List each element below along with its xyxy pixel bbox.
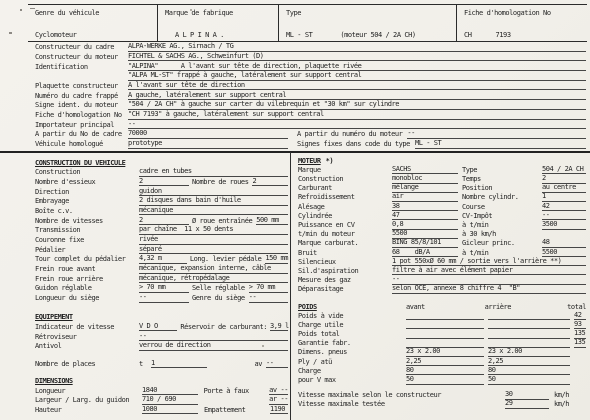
field-label: Hauteur [35, 406, 142, 415]
form-row: Vitesse maximale testée29km/h [298, 400, 586, 409]
field-value: 1 [542, 192, 586, 202]
field-label: Mesure des gaz [298, 276, 392, 285]
field-label: Transmission [35, 226, 139, 235]
field-label: Empattement [198, 406, 270, 415]
weight-front-value: 23 x 2.00 [406, 347, 484, 357]
field-label: Vitesse maximale testée [298, 400, 505, 409]
field-value: 47 [392, 211, 458, 221]
genre-value: Cyclomoteur [35, 31, 150, 40]
field-label: Signes fixes dans code du type [288, 140, 415, 149]
field-label: Embrayage [35, 197, 139, 206]
form-row: Frein roue avantmécanique, expansion int… [35, 264, 288, 274]
field-value: 504 / 2A CH [542, 165, 586, 175]
seats-total-prefix: t [139, 360, 151, 369]
form-row: Boîte c.v.mécanique [35, 206, 288, 216]
form-row: Hauteur1080Empattement1190 [35, 405, 288, 415]
field-label: Réservoir de carburant: [177, 323, 270, 332]
field-value: A gauche, latéralement sur support centr… [128, 91, 586, 101]
fiche-number: 7193 [496, 31, 511, 40]
form-row: Poids total135 [298, 329, 586, 338]
field-label: Couronne fixe [35, 236, 139, 245]
weights-col-rear: arrière [485, 303, 564, 312]
field-value: -- [542, 211, 586, 221]
field-value: selon OCE, annexe 8 chiffre 4 "B" [392, 284, 586, 294]
header-cell-genre: Genre du véhicule Cyclomoteur [28, 5, 157, 41]
field-value: 1080 [142, 405, 198, 415]
field-value: mécanique, expansion interne, câble [139, 264, 288, 274]
form-row: Nombre d'essieux2Nombre de roues2 [35, 177, 288, 187]
field-value: -- [266, 359, 288, 369]
field-label: Type [458, 166, 542, 175]
form-row: Rétroviseur-- [35, 331, 288, 341]
field-label: Importateur principal [35, 121, 128, 130]
field-label: Guidon réglable [35, 284, 139, 293]
field-value: monobloc [392, 174, 458, 184]
field-value: ML - ST [415, 139, 586, 149]
field-value: "ALPA ML-ST" frappé à gauche, latéraleme… [128, 71, 586, 81]
form-row: Nombre de vitesses2Ø roue entraînée500 m… [35, 215, 288, 225]
field-label: Longueur [35, 387, 142, 396]
max-speed-rows: Vitesse maximale selon le constructeur30… [298, 391, 586, 409]
field-label: Antivol [35, 342, 139, 351]
scanned-homologation-form: { "header": { "genre_label": "Genre du v… [0, 0, 590, 420]
weight-front-value: 50 [406, 375, 484, 385]
form-row: Identification"ALPINA" A l'avant sur têt… [35, 61, 586, 71]
form-row: Embrayage2 disques dans bain d'huile [35, 196, 288, 206]
form-row: CarburantmélangePositionau centre [298, 184, 586, 193]
form-row: MarqueSACHSType504 / 2A CH [298, 165, 586, 174]
vehicle-construction-column: CONSTRUCTION DU VEHICULE Constructioncad… [35, 156, 288, 414]
engine-title-footnote: *) [321, 157, 334, 166]
field-value: > 70 mm [249, 283, 288, 293]
form-row: Indicateur de vitesseV D ORéservoir de c… [35, 322, 288, 332]
weight-front-value: 2,25 [406, 357, 484, 367]
field-label: Silencieux [298, 258, 392, 267]
field-value: 38 [392, 202, 458, 212]
field-value: rivée [139, 235, 288, 245]
field-value: 4,32 m [139, 254, 187, 264]
form-row: Constructeur du cadreALPA-WERKE AG., Sir… [35, 42, 586, 52]
field-label: Charge [298, 367, 406, 376]
speed-value: 30 [505, 390, 549, 400]
field-value: 3500 [542, 220, 586, 230]
field-label: Gicleur princ. [458, 239, 542, 248]
weight-rear-value: 80 [488, 366, 570, 376]
field-label: Boîte c.v. [35, 207, 139, 216]
field-label: Rétroviseur [35, 333, 139, 342]
field-label: Pédalier [35, 246, 139, 255]
field-value: 500 mm [256, 216, 288, 226]
marque-label: Marque de fabrique [165, 9, 271, 18]
field-value: mécanique, rétropédalage [139, 274, 288, 284]
form-row: Frein roue arrièremécanique, rétropédala… [35, 274, 288, 284]
field-label: Carburant [298, 184, 392, 193]
form-row: A partir du No de cadre70000A partir du … [35, 129, 586, 139]
field-value: > 70 mm [139, 283, 189, 293]
field-value: 2 [252, 177, 288, 187]
weights-rows: Poids à vide42Charge utile93Poids total1… [298, 311, 586, 385]
field-label: Vitesse maximale selon le constructeur [298, 391, 505, 400]
weight-rear-value: 2,25 [488, 357, 570, 367]
field-value: -- [392, 275, 586, 285]
form-row: Mesure des gaz-- [298, 275, 586, 284]
engine-column: MOTEUR *) MarqueSACHSType504 / 2A CHCons… [298, 156, 586, 409]
form-row: Silencieux1 pot 550xØ 60 mm / sortie ver… [298, 257, 586, 266]
speed-unit: km/h [549, 400, 586, 409]
form-row: Garantie fabr.135 [298, 339, 586, 348]
field-label: Marque carburat. [298, 239, 392, 248]
field-label: Construction [298, 175, 392, 184]
field-value: par chaîne 11 x 50 dents [139, 225, 288, 235]
scan-speck [9, 32, 12, 34]
field-label: Cylindrée [298, 212, 392, 221]
field-label: Nombre de places [35, 360, 139, 369]
form-row: Plaquette constructeurA l'avant sur tête… [35, 81, 586, 91]
form-row: Signe ident. du moteur"504 / 2A CH" à ga… [35, 100, 586, 110]
weight-total-value: 42 [574, 311, 586, 321]
dimensions-title-row: DIMENSIONS [35, 374, 288, 385]
field-value: -- [407, 129, 586, 139]
equipment-title: EQUIPEMENT [35, 313, 73, 322]
form-row: Puissance en CV0,8à t/min3500 [298, 220, 586, 229]
form-row: t/min du moteur5500à 30 km/h [298, 230, 586, 239]
field-label: Refroidissement [298, 193, 392, 202]
form-row: Charge8080 [298, 366, 586, 375]
speed-unit: km/h [549, 391, 586, 400]
field-value: 68 dB/A [392, 248, 458, 258]
field-label: Constructeur du moteur [35, 53, 128, 62]
field-label: Poids à vide [298, 312, 406, 321]
field-value: 2 [139, 216, 189, 226]
form-row: Poids à vide42 [298, 311, 586, 320]
field-value: guidon [139, 187, 288, 197]
form-row: RefroidissementairNombre cylindr.1 [298, 193, 586, 202]
field-value: 150 mm [265, 254, 288, 264]
field-label: Tour complet du pédalier [35, 255, 139, 264]
field-label: Nombre cylindr. [458, 193, 542, 202]
field-label: Frein roue avant [35, 265, 139, 274]
weight-rear-value [488, 319, 570, 320]
form-row: Constructioncadre en tubes [35, 167, 288, 177]
field-value: 48 [542, 238, 586, 248]
field-value: SACHS [392, 165, 458, 175]
field-label: Long. levier pédale [187, 255, 266, 264]
form-row: Longueur du siège--Genre du siège-- [35, 293, 288, 303]
type-label: Type [286, 9, 449, 18]
weight-total-value: 93 [574, 320, 586, 330]
field-value: 1 pot 550xØ 60 mm / sortie vers l'arrièr… [392, 257, 586, 267]
form-row: Ply / atü2,252,25 [298, 357, 586, 366]
field-label: Nombre de roues [189, 178, 252, 187]
weights-header-row: POIDS avant arrière total [298, 302, 586, 311]
field-value: V D O [139, 322, 177, 332]
form-row: Cylindrée47CV-Impôt-- [298, 211, 586, 220]
fiche-label: Fiche d'homologation No [464, 9, 580, 18]
field-label: av [254, 360, 266, 369]
type-value: ML - ST [286, 31, 312, 40]
weight-front-value [406, 328, 484, 329]
field-value: cadre en tubes [139, 167, 288, 177]
marque-value: A L P I N A . [165, 31, 271, 40]
speed-value: 29 [505, 399, 549, 409]
field-label: Alésage [298, 203, 392, 212]
form-row: Longueur1840Porte à fauxav -- [35, 385, 288, 395]
dimensions-title: DIMENSIONS [35, 377, 73, 386]
scan-speck [20, 9, 22, 11]
form-row: Dimens. pneus23 x 2.0023 x 2.00 [298, 348, 586, 357]
header-cell-fiche: Fiche d'homologation No CH 7193 [456, 5, 587, 41]
field-label: Fiche d'homologation No [35, 111, 128, 120]
form-row: Charge utile93 [298, 320, 586, 329]
field-label: Numéro du cadre frappé [35, 92, 128, 101]
field-label: Poids total [298, 330, 406, 339]
field-value: 5500 [392, 229, 458, 239]
field-value: 2 [542, 174, 586, 184]
form-row: Déparasitageselon OCE, annexe 8 chiffre … [298, 285, 586, 294]
weight-front-value [406, 338, 484, 339]
type-engine-note: (moteur 504 / 2A CH) [340, 31, 415, 40]
field-label: Indicateur de vitesse [35, 323, 139, 332]
field-value: -- [139, 332, 288, 342]
engine-long-rows: Silencieux1 pot 550xØ 60 mm / sortie ver… [298, 257, 586, 294]
field-label: Longueur du siège [35, 294, 139, 303]
field-label: Déparasitage [298, 285, 392, 294]
engine-title: MOTEUR [298, 157, 321, 166]
weights-title: POIDS [298, 303, 406, 312]
field-label: Construction [35, 168, 139, 177]
field-value: "CH 7193" à gauche, latéralement sur sup… [128, 110, 586, 120]
field-value: 5500 [542, 248, 586, 258]
field-label: Course [458, 203, 542, 212]
field-label: Plaquette constructeur [35, 82, 128, 91]
field-label: Nombre de vitesses [35, 217, 139, 226]
fiche-country: CH [464, 31, 472, 40]
field-label: t/min du moteur [298, 230, 392, 239]
field-value: 2 [139, 177, 189, 187]
form-row: pour V max5050 [298, 375, 586, 384]
form-row: Couronne fixerivée [35, 235, 288, 245]
identity-section: Constructeur du cadreALPA-WERKE AG., Sir… [35, 42, 586, 149]
field-value: 710 / 690 [142, 395, 198, 405]
field-value: -- [249, 293, 288, 303]
field-value: A l'avant sur tête de direction [128, 81, 586, 91]
field-value: 0,8 [392, 220, 458, 230]
field-label: Constructeur du cadre [35, 43, 128, 52]
field-value: FICHTEL & SACHS AG., Schweinfurt (D) [128, 52, 586, 62]
form-row: Importateur principal-- [35, 120, 586, 130]
form-row: Tour complet du pédalier4,32 mLong. levi… [35, 254, 288, 264]
field-value: au centre [542, 183, 586, 193]
form-row: Transmissionpar chaîne 11 x 50 dents [35, 225, 288, 235]
field-label: Porte à faux [198, 387, 270, 396]
construction-title-row: CONSTRUCTION DU VEHICULE [35, 156, 288, 167]
form-row: Sil.d'aspirationfiltre à air avec élémen… [298, 266, 586, 275]
field-value: 1190 [270, 405, 288, 415]
form-row: Directionguidon [35, 186, 288, 196]
field-value: 3,9 l [270, 322, 288, 332]
field-label: CV-Impôt [458, 212, 542, 221]
equipment-title-row: EQUIPEMENT [35, 311, 288, 322]
field-label: Temps [458, 175, 542, 184]
field-label: Garantie fabr. [298, 339, 406, 348]
weights-col-front: avant [406, 303, 481, 312]
form-row: Fiche d'homologation No"CH 7193" à gauch… [35, 110, 586, 120]
form-row: Pédalierséparé [35, 245, 288, 255]
field-label: à 30 km/h [458, 230, 542, 239]
field-label: Dimens. pneus [298, 348, 406, 357]
field-value: 70000 [128, 129, 288, 139]
dimensions-rows: Longueur1840Porte à fauxav --Largeur / L… [35, 385, 288, 414]
field-label: Frein roue arrière [35, 275, 139, 284]
header-cell-marque: Marque de fabrique A L P I N A . [157, 5, 278, 41]
weight-rear-value: 23 x 2.00 [488, 347, 570, 357]
field-label: Identification [35, 63, 128, 72]
field-label: A partir du No de cadre [35, 130, 128, 139]
weight-rear-value [488, 328, 570, 329]
field-value: BING 85/8/101 [392, 238, 458, 248]
field-value: prototype [128, 139, 288, 149]
engine-rows: MarqueSACHSType504 / 2A CHConstructionmo… [298, 165, 586, 257]
field-label: A partir du numéro du moteur [288, 130, 407, 139]
field-label: Véhicule homologué [35, 140, 128, 149]
field-value: 2 disques dans bain d'huile [139, 196, 288, 206]
column-divider-line [290, 152, 291, 420]
field-value: 1 [151, 359, 207, 369]
field-value: air [392, 192, 458, 202]
form-row: Vitesse maximale selon le constructeur30… [298, 391, 586, 400]
equipment-rows: Indicateur de vitesseV D ORéservoir de c… [35, 322, 288, 351]
field-value: 42 [542, 202, 586, 212]
weight-total-value: 135 [574, 329, 586, 339]
field-value: "504 / 2A CH" à gauche sur carter du vil… [128, 100, 586, 110]
field-value: "ALPINA" A l'avant sur tête de direction… [128, 62, 586, 72]
field-label: Position [458, 184, 542, 193]
form-row: Antivolverrou de direction [35, 341, 288, 351]
construction-rows: Constructioncadre en tubesNombre d'essie… [35, 167, 288, 303]
weight-front-value: 80 [406, 366, 484, 376]
field-value: mécanique [139, 206, 288, 216]
field-value: séparé [139, 245, 288, 255]
form-row: "ALPA ML-ST" frappé à gauche, latéraleme… [35, 71, 586, 81]
field-label: Marque [298, 166, 392, 175]
field-label: Sil.d'aspiration [298, 267, 392, 276]
seats-row: Nombre de places t 1 av -- [35, 359, 288, 369]
field-value: filtre à air avec élément papier [392, 266, 586, 276]
form-row: Bruit68 dB/Aà t/min5500 [298, 248, 586, 257]
weight-rear-value: 50 [488, 375, 570, 385]
field-label: Nombre d'essieux [35, 178, 139, 187]
field-label: Largeur / Larg. du guidon [35, 396, 142, 405]
field-label: pour V max [298, 376, 406, 385]
field-label: Puissance en CV [298, 221, 392, 230]
field-label: Charge utile [298, 321, 406, 330]
form-row: Constructeur du moteurFICHTEL & SACHS AG… [35, 52, 586, 62]
header-cell-type: Type ML - ST (moteur 504 / 2A CH) [278, 5, 456, 41]
field-value: mélange [392, 183, 458, 193]
field-value: verrou de direction [139, 341, 288, 351]
field-label: Genre du siège [189, 294, 249, 303]
form-row: Largeur / Larg. du guidon710 / 690ar -- [35, 395, 288, 405]
weight-front-value [406, 319, 484, 320]
genre-label: Genre du véhicule [35, 9, 150, 18]
field-label: Direction [35, 188, 139, 197]
weight-total-value: 135 [574, 338, 586, 348]
field-label: Ø roue entraînée [189, 217, 256, 226]
field-value: ar -- [269, 395, 288, 405]
form-row: Véhicule homologuéprototypeSignes fixes … [35, 139, 586, 149]
field-label: Signe ident. du moteur [35, 101, 128, 110]
engine-title-row: MOTEUR *) [298, 156, 586, 165]
header-table: Genre du véhicule Cyclomoteur Marque de … [28, 4, 587, 42]
form-row: Guidon réglable> 70 mmSelle réglable> 70… [35, 283, 288, 293]
field-value: -- [139, 293, 189, 303]
field-value: av -- [269, 386, 288, 396]
form-row: Marque carburat.BING 85/8/101Gicleur pri… [298, 239, 586, 248]
field-label: Ply / atü [298, 358, 406, 367]
section-divider-line [0, 151, 590, 153]
field-value: 1840 [142, 386, 198, 396]
form-row: ConstructionmonoblocTemps2 [298, 174, 586, 183]
field-value: ALPA-WERKE AG., Sirnach / TG [128, 42, 586, 52]
field-label: Selle réglable [189, 284, 249, 293]
weight-rear-value [488, 338, 570, 339]
construction-title: CONSTRUCTION DU VEHICULE [35, 159, 125, 168]
field-label: Bruit [298, 249, 392, 258]
field-label: à t/min [458, 221, 542, 230]
form-row: Alésage38Course42 [298, 202, 586, 211]
field-value: -- [128, 120, 586, 130]
form-row: Numéro du cadre frappéA gauche, latérale… [35, 90, 586, 100]
